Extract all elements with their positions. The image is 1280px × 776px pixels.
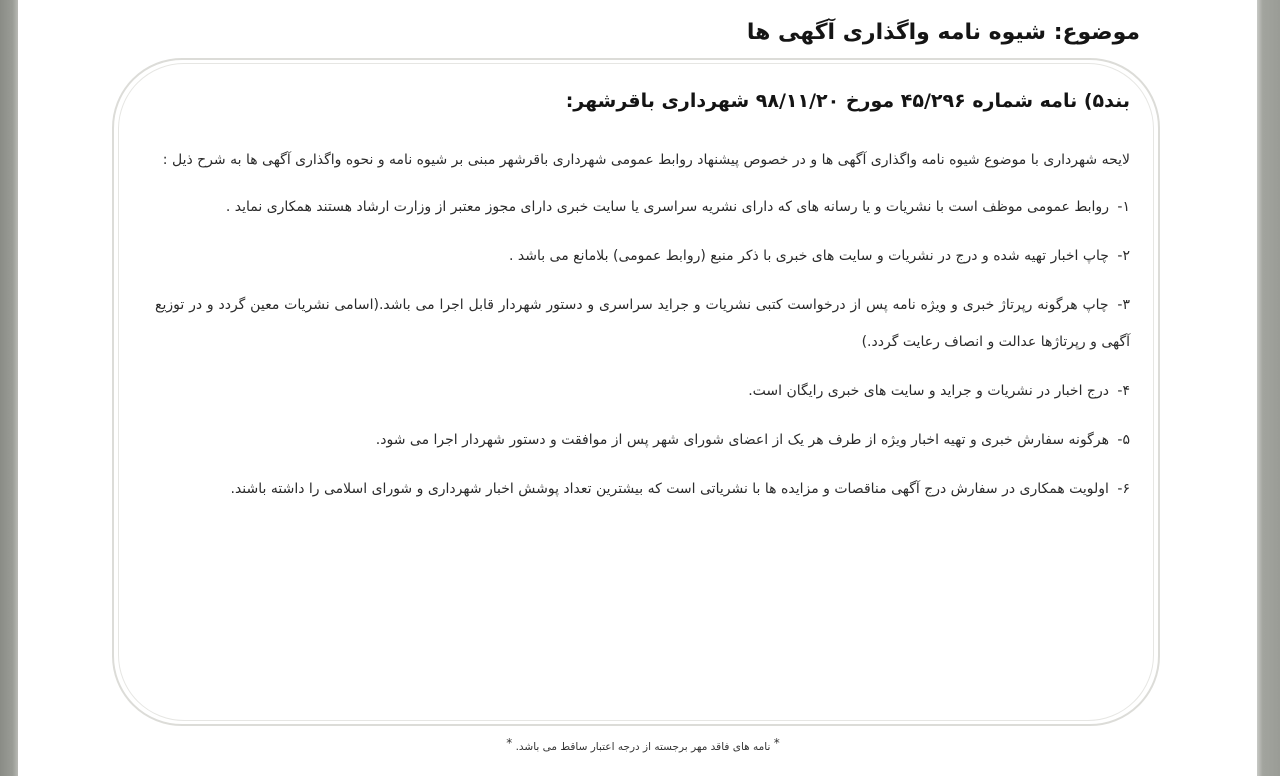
asterisk-icon: * xyxy=(774,736,780,750)
list-item: ۵- هرگونه سفارش خبری و تهیه اخبار ویژه ا… xyxy=(155,422,1130,459)
item-number: ۲- xyxy=(1117,248,1130,264)
item-number: ۱- xyxy=(1117,199,1130,215)
item-number: ۴- xyxy=(1117,383,1130,399)
item-number: ۶- xyxy=(1117,481,1130,497)
item-number: ۳- xyxy=(1117,297,1130,313)
list-item: ۳- چاپ هرگونه رپرتاژ خبری و ویژه نامه پس… xyxy=(155,287,1130,361)
list-item: ۴- درج اخبار در نشریات و جراید و سایت ها… xyxy=(155,373,1130,410)
list-item: ۱- روابط عمومی موظف است با نشریات و یا ر… xyxy=(155,189,1130,226)
footnote: * نامه های فاقد مهر برجسته از درجه اعتبا… xyxy=(478,736,808,753)
item-number: ۵- xyxy=(1117,432,1130,448)
clause-content: بند۵) نامه شماره ۴۵/۲۹۶ مورخ ۹۸/۱۱/۲۰ شه… xyxy=(155,90,1130,520)
footnote-text: نامه های فاقد مهر برجسته از درجه اعتبار … xyxy=(516,741,771,753)
intro-paragraph: لایحه شهرداری با موضوع شیوه نامه واگذاری… xyxy=(155,142,1130,179)
viewer-left-margin xyxy=(0,0,18,776)
subject-title: موضوع: شیوه نامه واگذاری آگهی ها xyxy=(747,20,1140,45)
list-item: ۲- چاپ اخبار تهیه شده و درج در نشریات و … xyxy=(155,238,1130,275)
item-text: چاپ اخبار تهیه شده و درج در نشریات و سای… xyxy=(509,248,1109,264)
viewer-right-margin xyxy=(1257,0,1280,776)
list-item: ۶- اولویت همکاری در سفارش درج آگهی مناقص… xyxy=(155,471,1130,508)
clause-heading: بند۵) نامه شماره ۴۵/۲۹۶ مورخ ۹۸/۱۱/۲۰ شه… xyxy=(155,90,1130,112)
item-text: روابط عمومی موظف است با نشریات و یا رسان… xyxy=(226,199,1109,215)
item-text: هرگونه سفارش خبری و تهیه اخبار ویژه از ط… xyxy=(376,432,1109,448)
asterisk-icon: * xyxy=(506,736,512,750)
item-text: چاپ هرگونه رپرتاژ خبری و ویژه نامه پس از… xyxy=(155,297,1130,350)
item-text: درج اخبار در نشریات و جراید و سایت های خ… xyxy=(748,383,1109,399)
item-text: اولویت همکاری در سفارش درج آگهی مناقصات … xyxy=(231,481,1109,497)
